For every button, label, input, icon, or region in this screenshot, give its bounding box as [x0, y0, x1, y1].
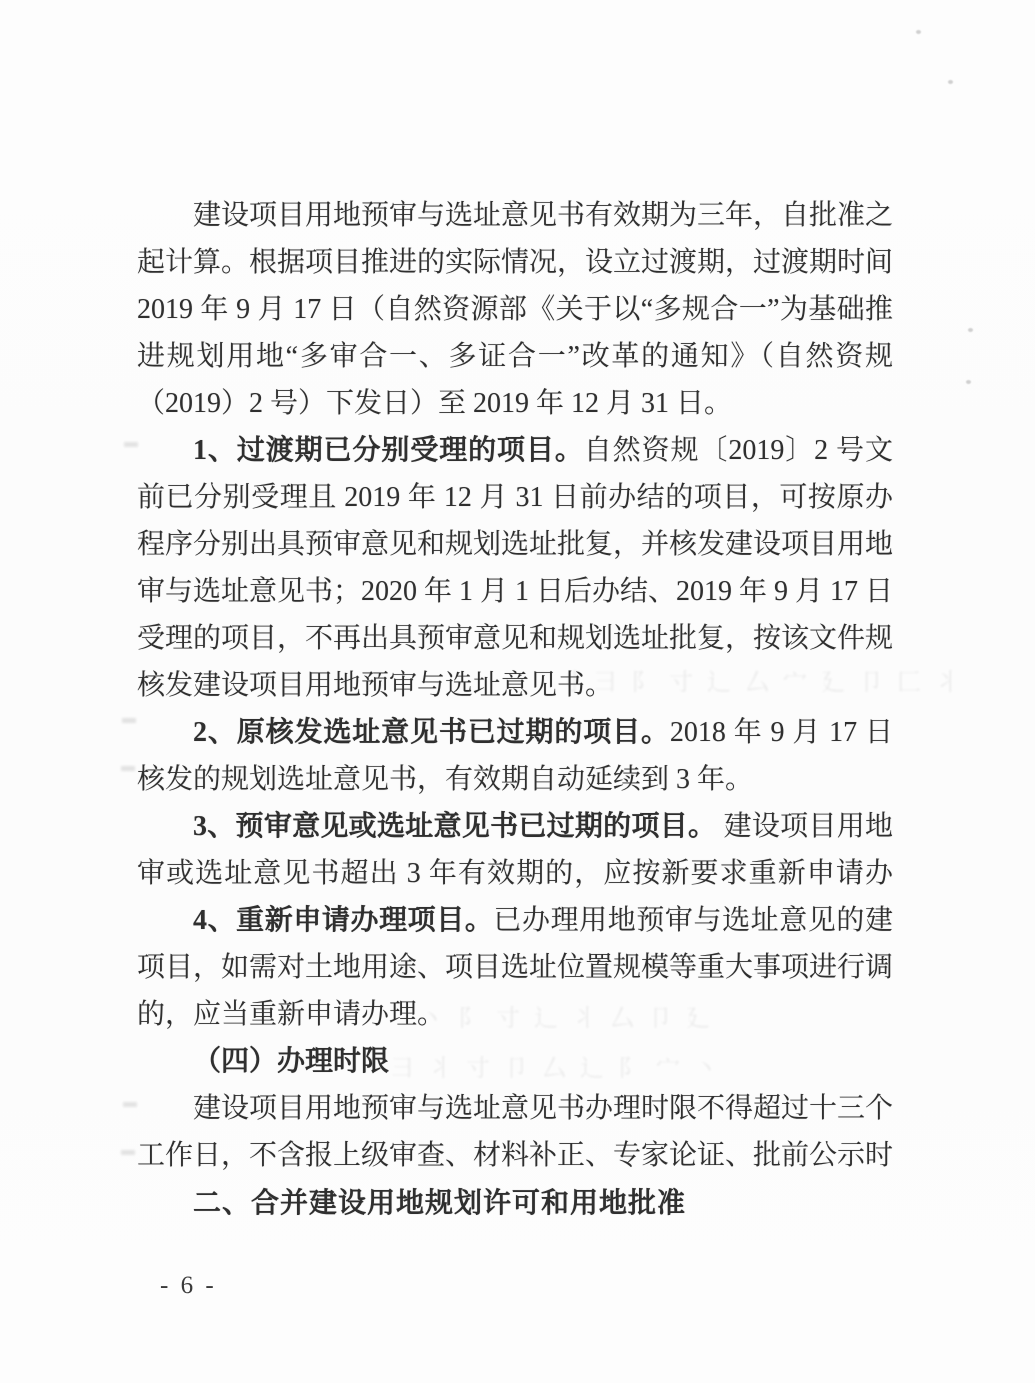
text-line-heading-section-2-merge-permits-0: 二、合并建设用地规划许可和用地批准 [137, 1179, 893, 1226]
body-text: 的，应当重新申请办理。 [137, 999, 445, 1030]
text-line-para-time-limit-1: 工作日，不含报上级审查、材料补正、专家论证、批前公示时间。 [137, 1132, 893, 1179]
text-line-para-item-1-transition-accepted-2: 程序分别出具预审意见和规划选址批复，并核发建设项目用地预 [137, 521, 893, 568]
body-text: 前已分别受理且 2019 年 12 月 31 日前办结的项目，可按原办理 [137, 482, 893, 521]
document-body: 建设项目用地预审与选址意见书有效期为三年，自批准之日起计算。根据项目推进的实际情… [137, 192, 893, 1226]
scan-speck [948, 80, 953, 84]
scan-speck [916, 30, 921, 34]
run-in-heading: 2、原核发选址意见书已过期的项目。 [193, 717, 670, 748]
run-in-heading: 4、重新申请办理项目。 [193, 905, 493, 936]
body-text: 工作日，不含报上级审查、材料补正、专家论证、批前公示时间。 [137, 1140, 893, 1179]
body-text: 建设项目用地预审与选址意见书办理时限不得超过十三个 [193, 1093, 893, 1124]
run-in-heading: 3、预审意见或选址意见书已过期的项目。 [193, 811, 716, 842]
margin-smudge [122, 718, 136, 723]
text-line-para-validity-period-1: 起计算。根据项目推进的实际情况，设立过渡期，过渡期时间为 [137, 239, 893, 286]
body-text: 2019 年 9 月 17 日（自然资源部《关于以“多规合一”为基础推 [137, 294, 893, 325]
run-in-heading: 1、过渡期已分别受理的项目。 [193, 435, 584, 466]
text-line-para-validity-period-2: 2019 年 9 月 17 日（自然资源部《关于以“多规合一”为基础推 [137, 286, 893, 333]
scan-speck [966, 380, 971, 384]
text-line-para-item-2-expired-site-opinion-0: 2、原核发选址意见书已过期的项目。2018 年 9 月 17 日后 [137, 709, 893, 756]
body-text: 核发建设项目用地预审与选址意见书。 [137, 670, 613, 701]
margin-smudge [124, 442, 138, 447]
text-line-para-time-limit-0: 建设项目用地预审与选址意见书办理时限不得超过十三个 [137, 1085, 893, 1132]
margin-smudge [121, 766, 135, 771]
document-page: 建设项目用地预审与选址意见书有效期为三年，自批准之日起计算。根据项目推进的实际情… [0, 0, 1035, 1383]
body-text: 建设项目用地预审与选址意见书有效期为三年，自批准之日 [137, 200, 893, 239]
text-line-para-item-1-transition-accepted-3: 审与选址意见书；2020 年 1 月 1 日后办结、2019 年 9 月 17 … [137, 568, 893, 615]
run-in-heading: 二、合并建设用地规划许可和用地批准 [193, 1187, 686, 1218]
text-line-para-validity-period-0: 建设项目用地预审与选址意见书有效期为三年，自批准之日 [137, 192, 893, 239]
text-line-para-item-2-expired-site-opinion-1: 核发的规划选址意见书，有效期自动延续到 3 年。 [137, 756, 893, 803]
body-text: 审与选址意见书；2020 年 1 月 1 日后办结、2019 年 9 月 17 … [137, 576, 893, 615]
text-line-para-item-1-transition-accepted-0: 1、过渡期已分别受理的项目。自然资规〔2019〕2 号文之 [137, 427, 893, 474]
text-line-para-item-1-transition-accepted-1: 前已分别受理且 2019 年 12 月 31 日前办结的项目，可按原办理 [137, 474, 893, 521]
body-text: （2019）2 号）下发日）至 2019 年 12 月 31 日。 [137, 388, 732, 419]
body-text: 审或选址意见书超出 3 年有效期的，应按新要求重新申请办理。 [137, 858, 893, 897]
body-text: 程序分别出具预审意见和规划选址批复，并核发建设项目用地预 [137, 529, 893, 568]
body-text: 核发的规划选址意见书，有效期自动延续到 3 年。 [137, 764, 753, 795]
text-line-para-item-4-reapply-1: 项目，如需对土地用途、项目选址位置规模等重大事项进行调整 [137, 944, 893, 991]
text-line-para-item-4-reapply-0: 4、重新申请办理项目。已办理用地预审与选址意见的建设 [137, 897, 893, 944]
page-number: - 6 - [160, 1272, 217, 1300]
body-text: 起计算。根据项目推进的实际情况，设立过渡期，过渡期时间为 [137, 247, 893, 286]
body-text: 项目，如需对土地用途、项目选址位置规模等重大事项进行调整 [137, 952, 893, 991]
margin-smudge [123, 1102, 137, 1107]
body-text: 进规划用地“多审合一、多证合一”改革的通知》（自然资规 [137, 341, 893, 372]
text-line-para-item-3-expired-prereview-0: 3、预审意见或选址意见书已过期的项目。 建设项目用地预 [137, 803, 893, 850]
text-line-para-item-1-transition-accepted-5: 核发建设项目用地预审与选址意见书。 [137, 662, 893, 709]
text-line-para-item-3-expired-prereview-1: 审或选址意见书超出 3 年有效期的，应按新要求重新申请办理。 [137, 850, 893, 897]
text-line-para-item-1-transition-accepted-4: 受理的项目，不再出具预审意见和规划选址批复，按该文件规定 [137, 615, 893, 662]
margin-smudge [121, 1150, 135, 1155]
body-text: 受理的项目，不再出具预审意见和规划选址批复，按该文件规定 [137, 623, 893, 662]
text-line-para-validity-period-3: 进规划用地“多审合一、多证合一”改革的通知》（自然资规 [137, 333, 893, 380]
text-line-heading-section-4-time-limit-0: （四）办理时限 [137, 1038, 893, 1085]
text-line-para-item-4-reapply-2: 的，应当重新申请办理。 [137, 991, 893, 1038]
run-in-heading: （四）办理时限 [193, 1046, 389, 1077]
text-line-para-validity-period-4: （2019）2 号）下发日）至 2019 年 12 月 31 日。 [137, 380, 893, 427]
scan-speck [968, 328, 973, 332]
